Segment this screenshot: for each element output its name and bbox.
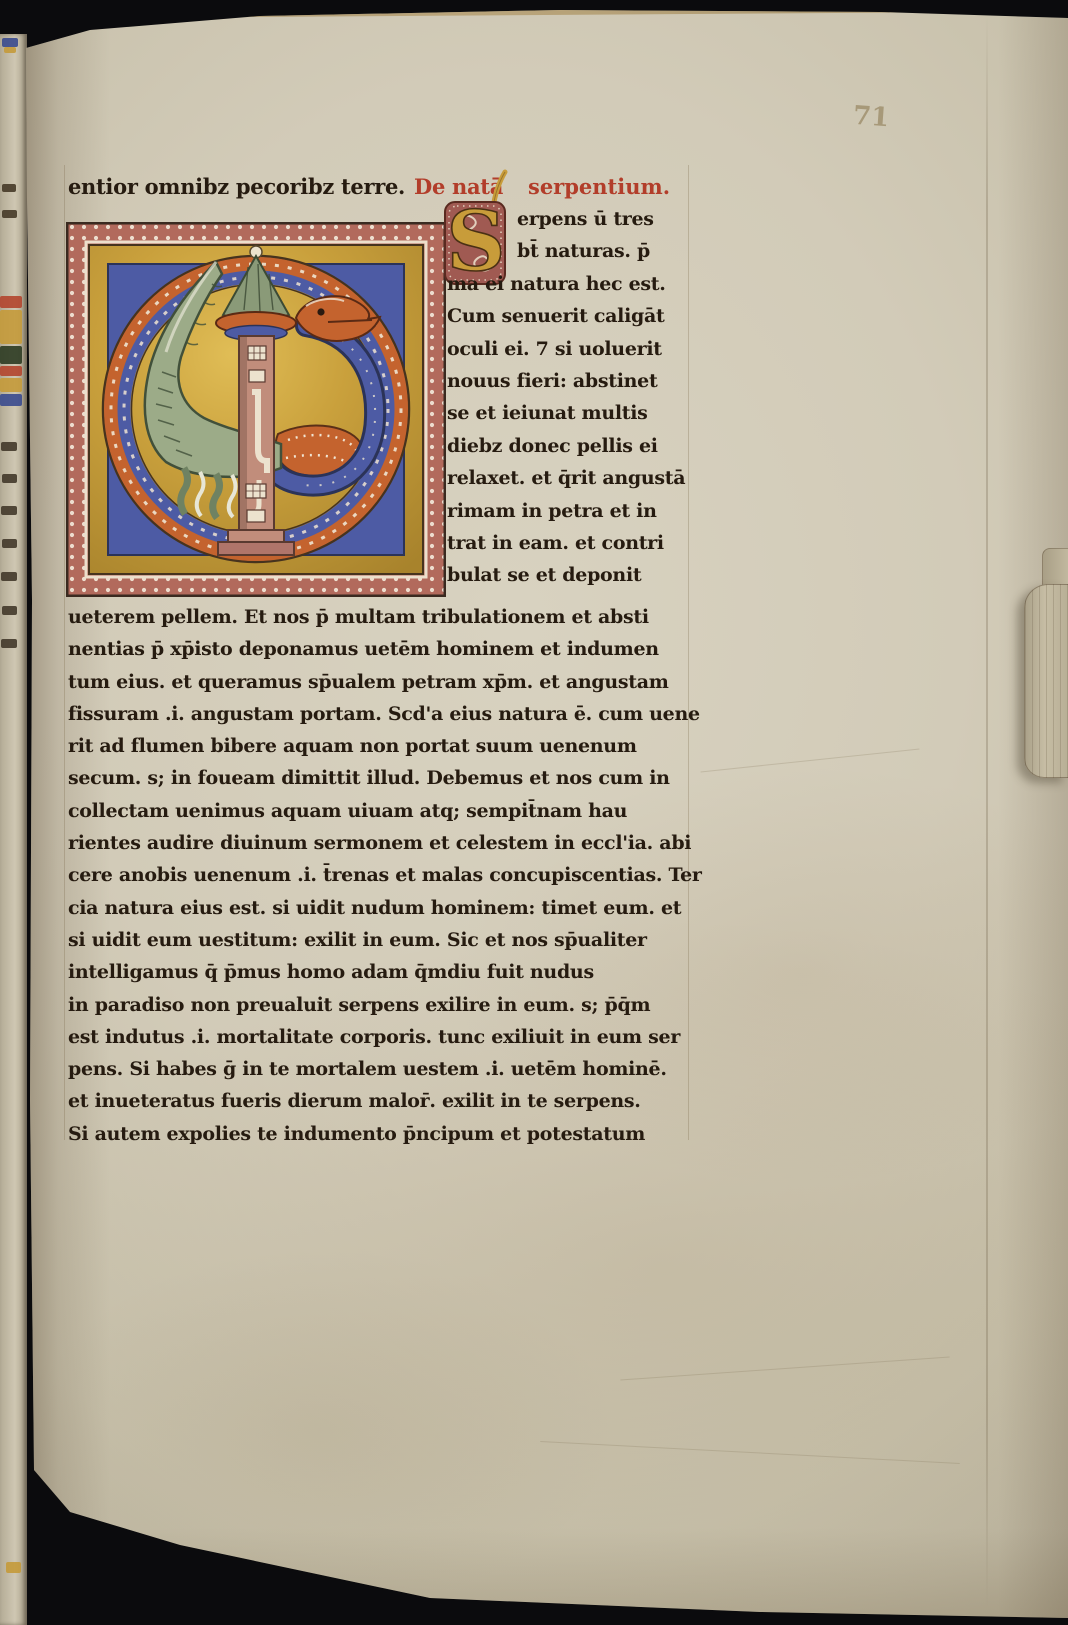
text-line: ma ei natura hec est. (447, 268, 689, 300)
text-line: erpens ū tres (447, 203, 689, 235)
page-top-edge (26, 6, 1068, 18)
text-line: Si autem expolies te indumento p̄ncipum … (68, 1118, 690, 1150)
text-line: ueterem pellem. Et nos p̄ multam tribula… (68, 601, 690, 633)
facing-page-fleck (2, 38, 18, 47)
text-line: diebz donec pellis ei (447, 430, 689, 462)
facing-page-fleck (2, 184, 16, 192)
fore-edge-strap (1024, 584, 1068, 778)
text-line: et inueteratus fueris dierum malor̄. exi… (68, 1085, 690, 1117)
text-line: oculi ei. 7 si uoluerit (447, 333, 689, 365)
facing-page-fleck (2, 606, 17, 615)
text-line: tum eius. et queramus sp̄ualem petram xp… (68, 666, 690, 698)
header-line: entior omnibz pecoribz terre.De natā (68, 174, 503, 204)
facing-page-fleck (1, 572, 17, 581)
text-line: cere anobis uenenum .i. t̄renas et malas… (68, 859, 690, 891)
ruling-line-left (64, 165, 65, 1140)
facing-page-fleck (0, 310, 22, 344)
text-line: nentias p̄ xp̄isto deponamus uetēm homin… (68, 633, 690, 665)
text-line: collectam uenimus aquam uiuam atq; sempi… (68, 795, 690, 827)
text-line: cia natura eius est. si uidit nudum homi… (68, 892, 690, 924)
text-line: nouus fieri: abstinet (447, 365, 689, 397)
facing-page-fleck (1, 442, 17, 451)
facing-page-fleck (2, 210, 17, 218)
facing-page-fleck (1, 506, 17, 515)
text-line: Cum senuerit caligāt (447, 300, 689, 332)
chapter-rubric: serpentium. (528, 174, 670, 199)
text-line: est indutus .i. mortalitate corporis. tu… (68, 1021, 690, 1053)
parchment-wrinkle (620, 1356, 949, 1380)
facing-page-fleck (2, 539, 17, 548)
facing-page-fleck (0, 394, 22, 406)
manuscript-photo: 71 entior omnibz pecoribz terre.De natā … (0, 0, 1068, 1625)
text-line: bulat se et deponit (447, 559, 689, 591)
text-line: rientes audire diuinum sermonem et celes… (68, 827, 690, 859)
facing-page-fleck (2, 474, 17, 483)
parchment-wrinkle (540, 1441, 959, 1464)
parchment-wrinkle (701, 749, 920, 773)
facing-page-fleck (4, 47, 16, 53)
facing-page-fleck (1, 639, 17, 648)
facing-page-fleck (0, 296, 22, 308)
header-continuation-text: entior omnibz pecoribz terre. (68, 174, 405, 199)
facing-page-fleck (0, 378, 22, 392)
text-line: si uidit eum uestitum: exilit in eum. Si… (68, 924, 690, 956)
serpent-miniature (66, 222, 446, 597)
text-line: bt̄ naturas. p̄ (447, 235, 689, 267)
facing-page-fleck (0, 346, 22, 364)
folio-number: 71 (852, 101, 890, 133)
text-line: relaxet. et q̄rit angustā (447, 462, 689, 494)
facing-page-edge (0, 34, 27, 1625)
text-line: in paradiso non preualuit serpens exilir… (68, 989, 690, 1021)
text-line: se et ieiunat multis (447, 397, 689, 429)
text-line: trat in eam. et contri (447, 527, 689, 559)
text-line: intelligamus q̄ p̄mus homo adam q̄mdiu f… (68, 956, 690, 988)
page-crease (986, 14, 988, 1609)
text-line: pens. Si habes ḡ in te mortalem uestem .… (68, 1053, 690, 1085)
facing-page-fleck (6, 1562, 21, 1573)
main-text-block: ueterem pellem. Et nos p̄ multam tribula… (68, 601, 690, 1150)
text-line: rimam in petra et in (447, 495, 689, 527)
text-line: secum. s; in foueam dimittit illud. Debe… (68, 762, 690, 794)
text-line: fissuram .i. angustam portam. Scd'a eius… (68, 698, 690, 730)
text-line: rit ad flumen bibere aquam non portat su… (68, 730, 690, 762)
manuscript-page: 71 entior omnibz pecoribz terre.De natā … (0, 0, 1068, 1625)
column-text-block: erpens ū tres bt̄ naturas. p̄ ma ei natu… (447, 203, 689, 592)
serpent-miniature-art (66, 222, 446, 597)
facing-page-fleck (0, 366, 22, 376)
